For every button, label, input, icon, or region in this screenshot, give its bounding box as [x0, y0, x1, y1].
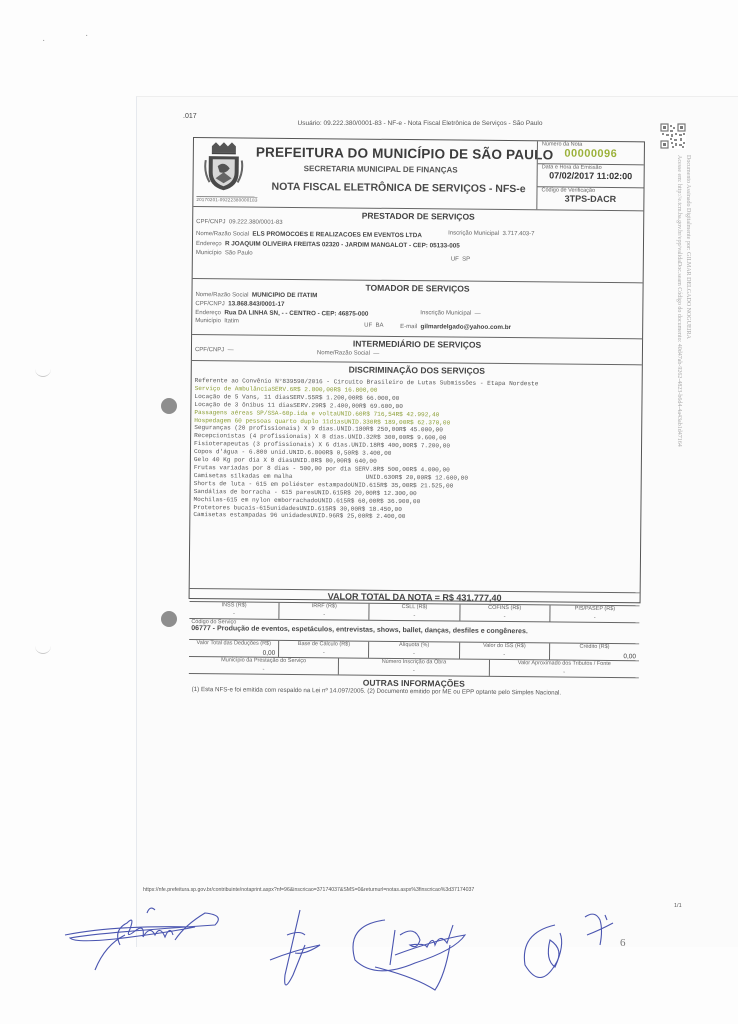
title-block: 20170201-09222380000183 PREFEITURA DO MU… — [193, 138, 644, 210]
calculo-value: - — [369, 651, 458, 658]
page-stamp-number: 6 — [620, 937, 626, 949]
impostos-value: - — [460, 614, 549, 621]
prestacao-cell: Número Inscrição da Obra- — [339, 658, 489, 675]
impostos-label: PIS/PASEP (R$) — [575, 606, 616, 612]
impostos-value: - — [280, 612, 369, 619]
prestador-nome: Nome/Razão Social ELS PROMOCOES E REALIZ… — [196, 230, 422, 239]
prestacao-label: Valor Aproximado dos Tributos / Fonte — [518, 660, 611, 667]
prestador-cpf: CPF/CNPJ 09.222.380/0001-83 — [196, 219, 282, 226]
prestador-uf: UF SP — [451, 256, 470, 262]
calculo-cell: Valor do ISS (R$)- — [460, 643, 550, 660]
impostos-label: CSLL (R$) — [402, 604, 428, 610]
tomador-section: TOMADOR DE SERVIÇOS Nome/Razão Social MU… — [192, 278, 643, 339]
qr-code-icon — [660, 123, 686, 149]
scan-speck: · — [42, 35, 45, 46]
prestacao-cell: Valor Aproximado dos Tributos / Fonte- — [489, 660, 638, 677]
paper-mark — [35, 645, 51, 654]
digital-signature-stamp: Documento Assinado Digitalmente por: GIL… — [674, 155, 692, 535]
prestacao-cell: Município da Prestação do Serviço- — [189, 657, 339, 674]
punch-hole — [161, 398, 177, 414]
impostos-cell: INSS (R$)- — [189, 602, 279, 619]
outras-informacoes: OUTRAS INFORMAÇÕES (1) Esta NFS-e foi em… — [188, 673, 638, 718]
signature-1 — [65, 908, 218, 970]
calculo-cell: Base de Cálculo (R$)- — [279, 641, 369, 658]
numero-nota-cell: Número da Nota 00000096 — [538, 141, 644, 165]
intermediario-section: INTERMEDIÁRIO DE SERVIÇOS CPF/CNPJ — Nom… — [192, 334, 642, 361]
calculo-value: 0,00 — [623, 653, 636, 660]
tomador-nome: Nome/Razão Social MUNICIPIO DE ITATIM — [195, 291, 317, 299]
tomador-municipio: Município Itatim — [195, 318, 239, 324]
calculo-value: 0,00 — [263, 650, 276, 657]
impostos-label: COFINS (R$) — [488, 605, 521, 611]
prestador-municipio: Município São Paulo — [196, 250, 253, 257]
services-list: Referente ao Convênio N°839598/2016 - Ci… — [193, 377, 638, 524]
barcode-number: 20170201-09222380000183 — [196, 196, 257, 203]
prefeitura-title: PREFEITURA DO MUNICÍPIO DE SÃO PAULO — [256, 145, 554, 163]
intermediario-nome: Nome/Razão Social — — [317, 350, 379, 357]
data-emissao-cell: Data e Hora da Emissão 07/02/2017 11:02:… — [538, 164, 644, 188]
codigo-servico: Código do Serviço 06777 - Produção de ev… — [189, 618, 639, 643]
numero-value: 00000096 — [538, 147, 644, 160]
tomador-inscricao: Inscrição Municipal — — [420, 310, 480, 317]
stamp-line: Acesse em: http://e.tcm.ba.gov.br/epp/va… — [674, 155, 683, 535]
calculo-value: - — [460, 652, 549, 659]
intermediario-cpf: CPF/CNPJ — — [195, 347, 234, 353]
prestacao-value: - — [490, 669, 639, 676]
codigo-value: 3TPS-DACR — [537, 193, 643, 204]
discriminacao-section: DISCRIMINAÇÃO DOS SERVIÇOS Referente ao … — [190, 360, 642, 593]
sao-paulo-crest-icon — [203, 142, 243, 192]
signature-4 — [524, 914, 613, 977]
tomador-email: E-mail gilmardelgado@yahoo.com.br — [400, 323, 511, 331]
data-value: 07/02/2017 11:02:00 — [538, 170, 644, 181]
tomador-endereco: Endereço Rua DA LINHA SN, - - CENTRO - C… — [195, 309, 368, 318]
signature-3 — [353, 920, 465, 990]
prestador-section: PRESTADOR DE SERVIÇOS CPF/CNPJ 09.222.38… — [193, 206, 644, 269]
calculo-label: Valor do ISS (R$) — [483, 643, 526, 649]
signature-2 — [270, 910, 320, 985]
user-line: Usuário: 09.222.380/0001-83 - NF-e - Not… — [180, 120, 660, 127]
calculo-cell: Valor Total das Deduções (R$)0,00 — [189, 640, 279, 657]
tomador-cpf: CPF/CNPJ 13.868.843/0001-17 — [195, 300, 284, 308]
section-heading: INTERMEDIÁRIO DE SERVIÇOS — [192, 335, 642, 351]
paper-mark — [35, 368, 51, 377]
prestacao-value: - — [189, 666, 338, 673]
impostos-value: - — [550, 614, 639, 621]
calculo-value: - — [279, 650, 368, 657]
calculo-label: Valor Total das Deduções (R$) — [197, 640, 271, 647]
calculo-cell: Crédito (R$)0,00 — [550, 643, 639, 660]
calculo-label: Alíquota (%) — [399, 642, 429, 648]
impostos-cell: PIS/PASEP (R$)- — [550, 605, 639, 622]
page-number: 1/1 — [674, 903, 682, 909]
prestacao-label: Município da Prestação do Serviço — [221, 657, 306, 664]
prestador-endereco: Endereço R JOAQUIM OLIVEIRA FREITAS 0232… — [196, 240, 460, 250]
impostos-cell: COFINS (R$)- — [460, 605, 550, 622]
calculo-label: Crédito (R$) — [580, 644, 610, 650]
calculo-cell: Alíquota (%)- — [369, 642, 459, 659]
calculo-label: Base de Cálculo (R$) — [298, 641, 350, 648]
impostos-cell: CSLL (R$)- — [370, 604, 460, 621]
prestador-inscricao: Inscrição Municipal 3.717.403-7 — [448, 230, 534, 237]
nota-info-box: Número da Nota 00000096 Data e Hora da E… — [536, 141, 644, 210]
impostos-cell: IRRF (R$)- — [280, 603, 370, 620]
signatures — [55, 905, 675, 1015]
impostos-value: - — [370, 613, 459, 620]
impostos-label: IRRF (R$) — [312, 603, 337, 609]
impostos-value: - — [189, 611, 278, 618]
nfs-e-document: 20170201-09222380000183 PREFEITURA DO MU… — [189, 137, 645, 603]
codigo-verificacao-cell: Código de Verificação 3TPS-DACR — [537, 187, 643, 210]
secretaria-title: SECRETARIA MUNICIPAL DE FINANÇAS — [304, 164, 458, 174]
impostos-label: INSS (R$) — [222, 602, 247, 608]
stamp-line: Documento Assinado Digitalmente por: GIL… — [683, 155, 692, 535]
section-heading: DISCRIMINAÇÃO DOS SERVIÇOS — [192, 361, 642, 377]
prestacao-label: Número Inscrição da Obra — [382, 659, 447, 666]
punch-hole — [161, 611, 177, 627]
scan-speck: · — [85, 30, 88, 41]
print-url: https://nfe.prefeitura.sp.gov.br/contrib… — [143, 887, 474, 893]
corner-date: .017 — [183, 113, 197, 120]
valor-total-section: VALOR TOTAL DA NOTA = R$ 431.777,40 INSS… — [188, 588, 639, 718]
tomador-uf: UF BA — [364, 323, 383, 329]
nota-fiscal-title: NOTA FISCAL ELETRÔNICA DE SERVIÇOS - NFS… — [271, 181, 525, 195]
prestacao-value: - — [339, 667, 488, 674]
